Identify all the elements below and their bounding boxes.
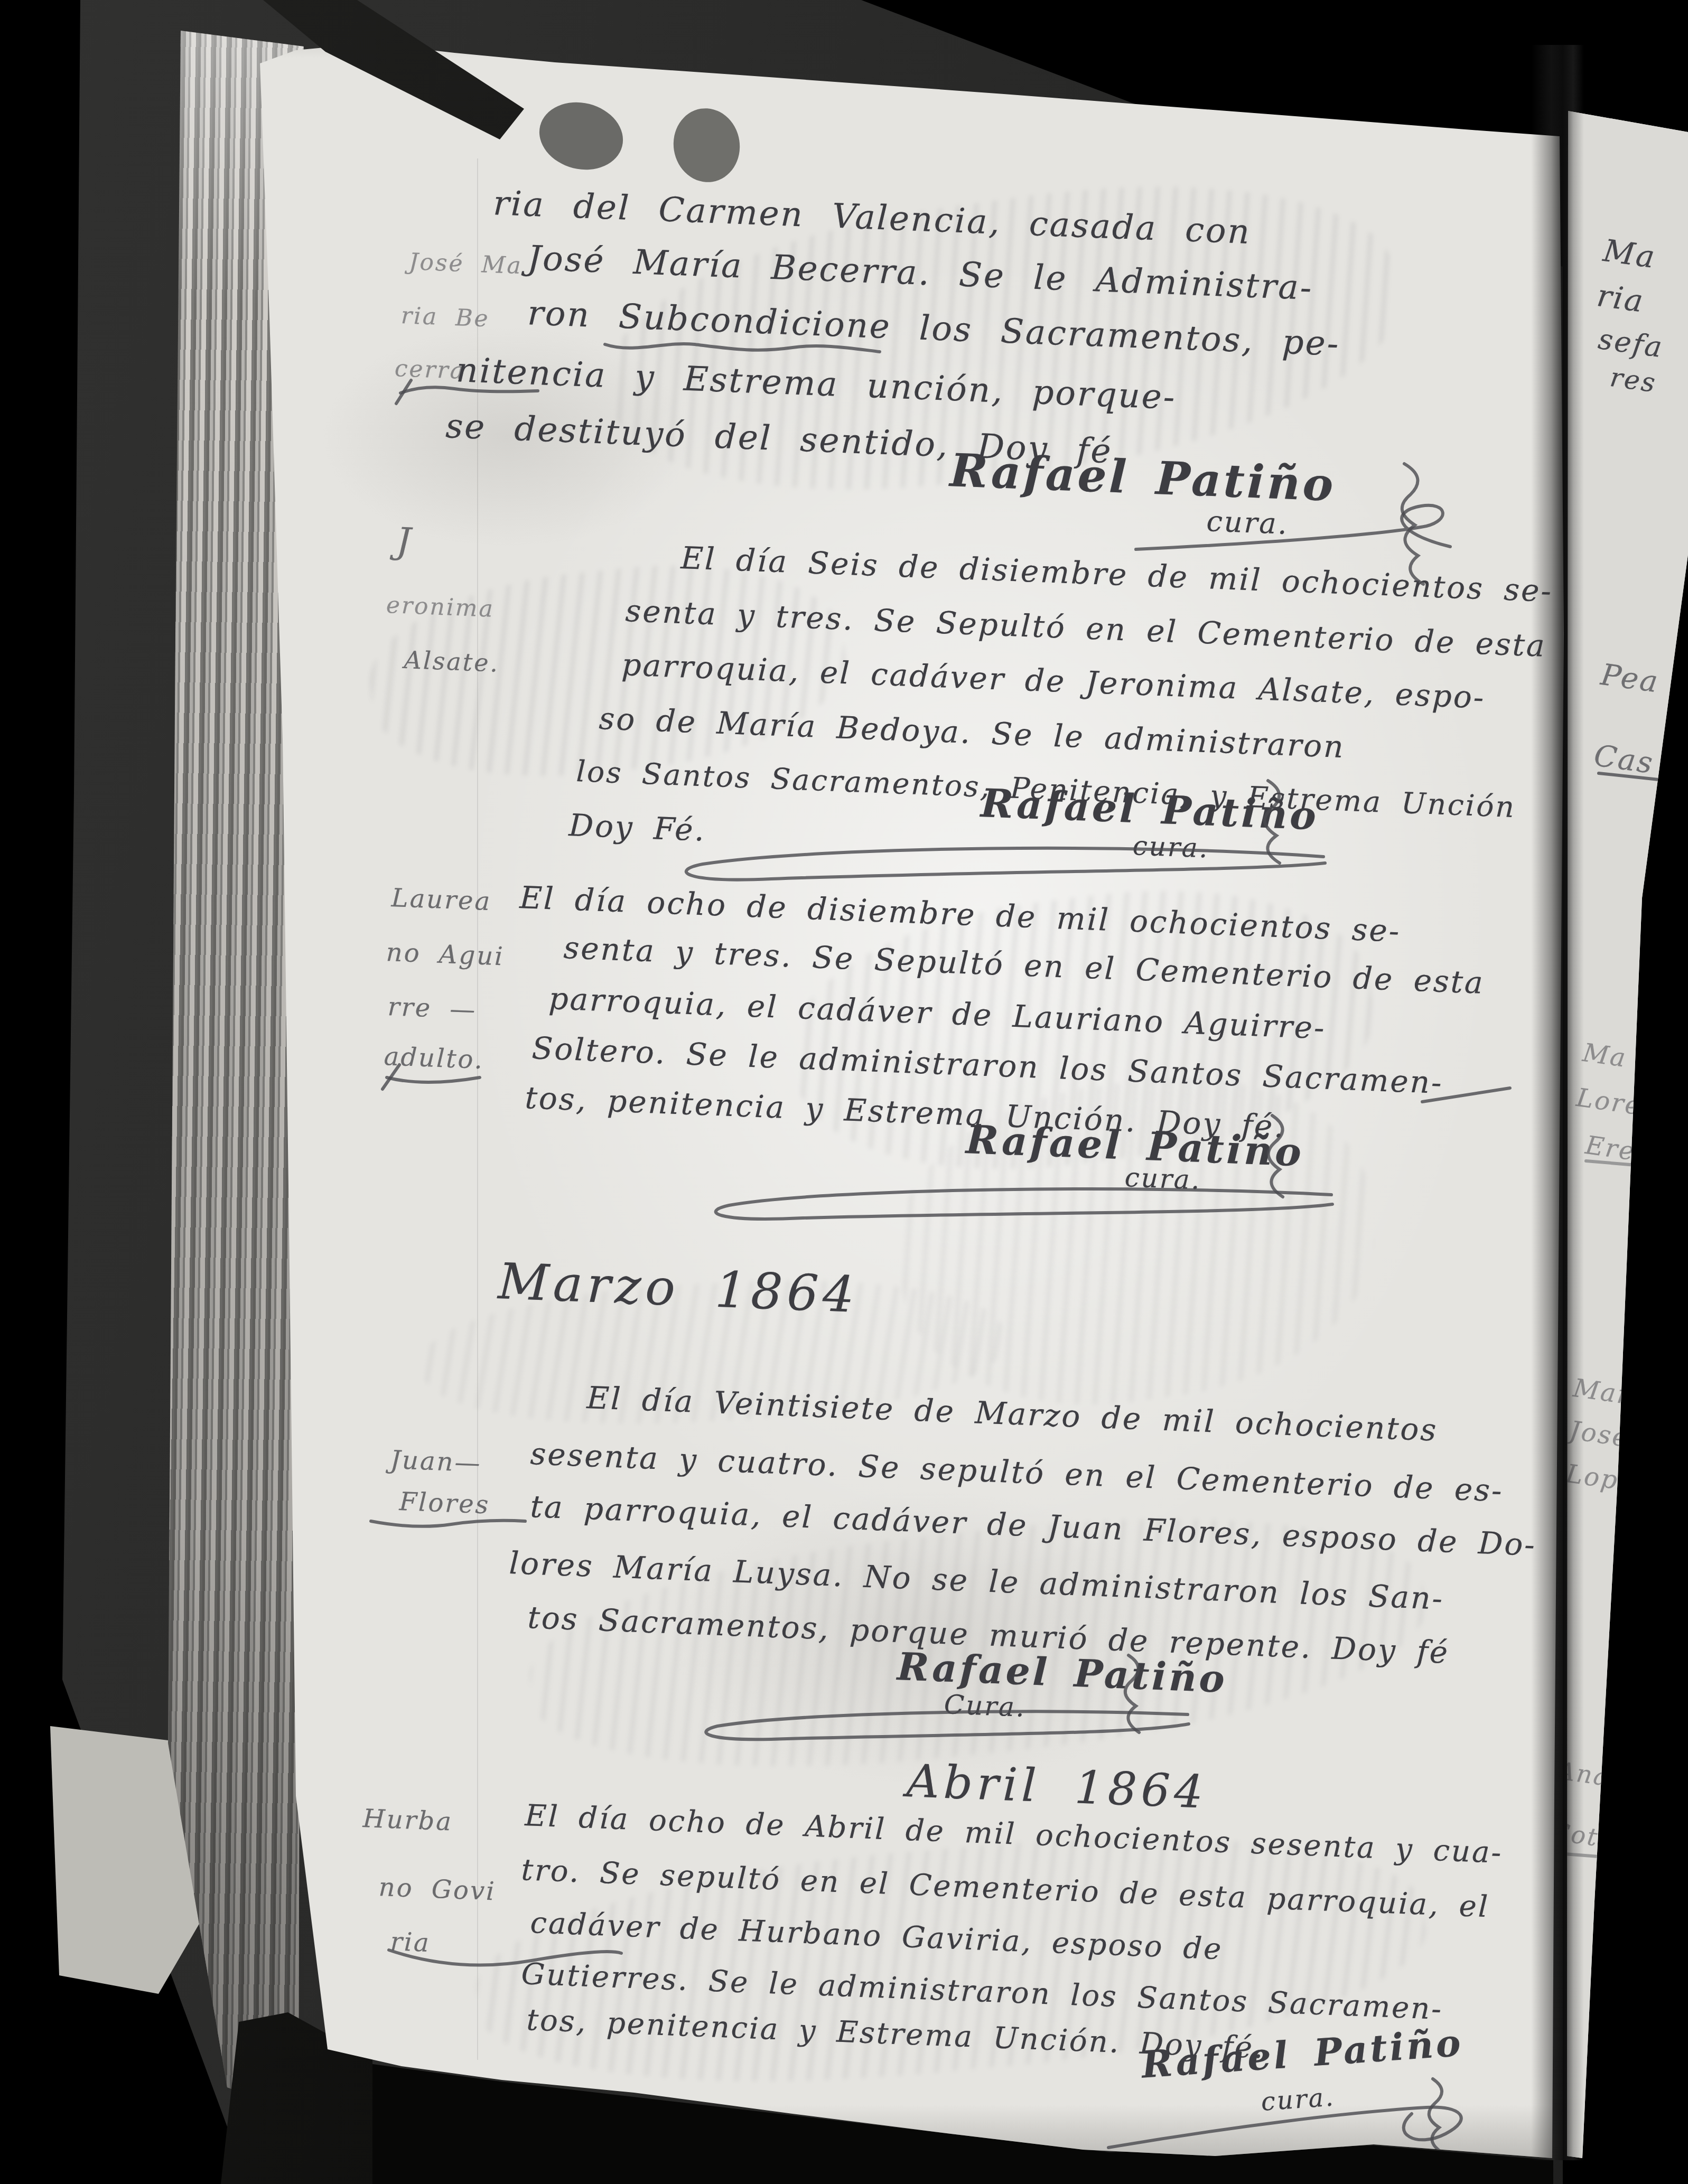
- flourish-rubric: [1108, 2107, 1461, 2148]
- flourish-underline: [1599, 773, 1668, 781]
- flourish-rubric: [706, 1712, 1189, 1740]
- flourish-margin-swash: [389, 1950, 621, 1965]
- book-gutter-shadow: [1531, 45, 1584, 2160]
- flourish-coil: [1429, 2079, 1442, 2153]
- flourish-coil: [1265, 781, 1280, 863]
- flourish-dash: [1422, 1088, 1510, 1102]
- flourish-rubric: [716, 1189, 1332, 1219]
- flourish-underline: [1586, 1161, 1648, 1166]
- flourish-coil: [1269, 1116, 1283, 1197]
- flourish-margin-underline: [371, 1521, 525, 1526]
- flourish-margin-tick: [383, 1065, 399, 1089]
- flourish-loop: [1136, 505, 1450, 549]
- flourish-wavy-underline: [605, 344, 880, 352]
- flourish-margin-underline: [400, 387, 538, 393]
- flourish-coil: [1125, 1655, 1139, 1732]
- flourish-rubric: [686, 848, 1325, 880]
- photographed-register-book: { "headings": { "marzo": "Marzo 1864", "…: [0, 0, 1688, 2184]
- flourish-margin-underline: [387, 1077, 480, 1082]
